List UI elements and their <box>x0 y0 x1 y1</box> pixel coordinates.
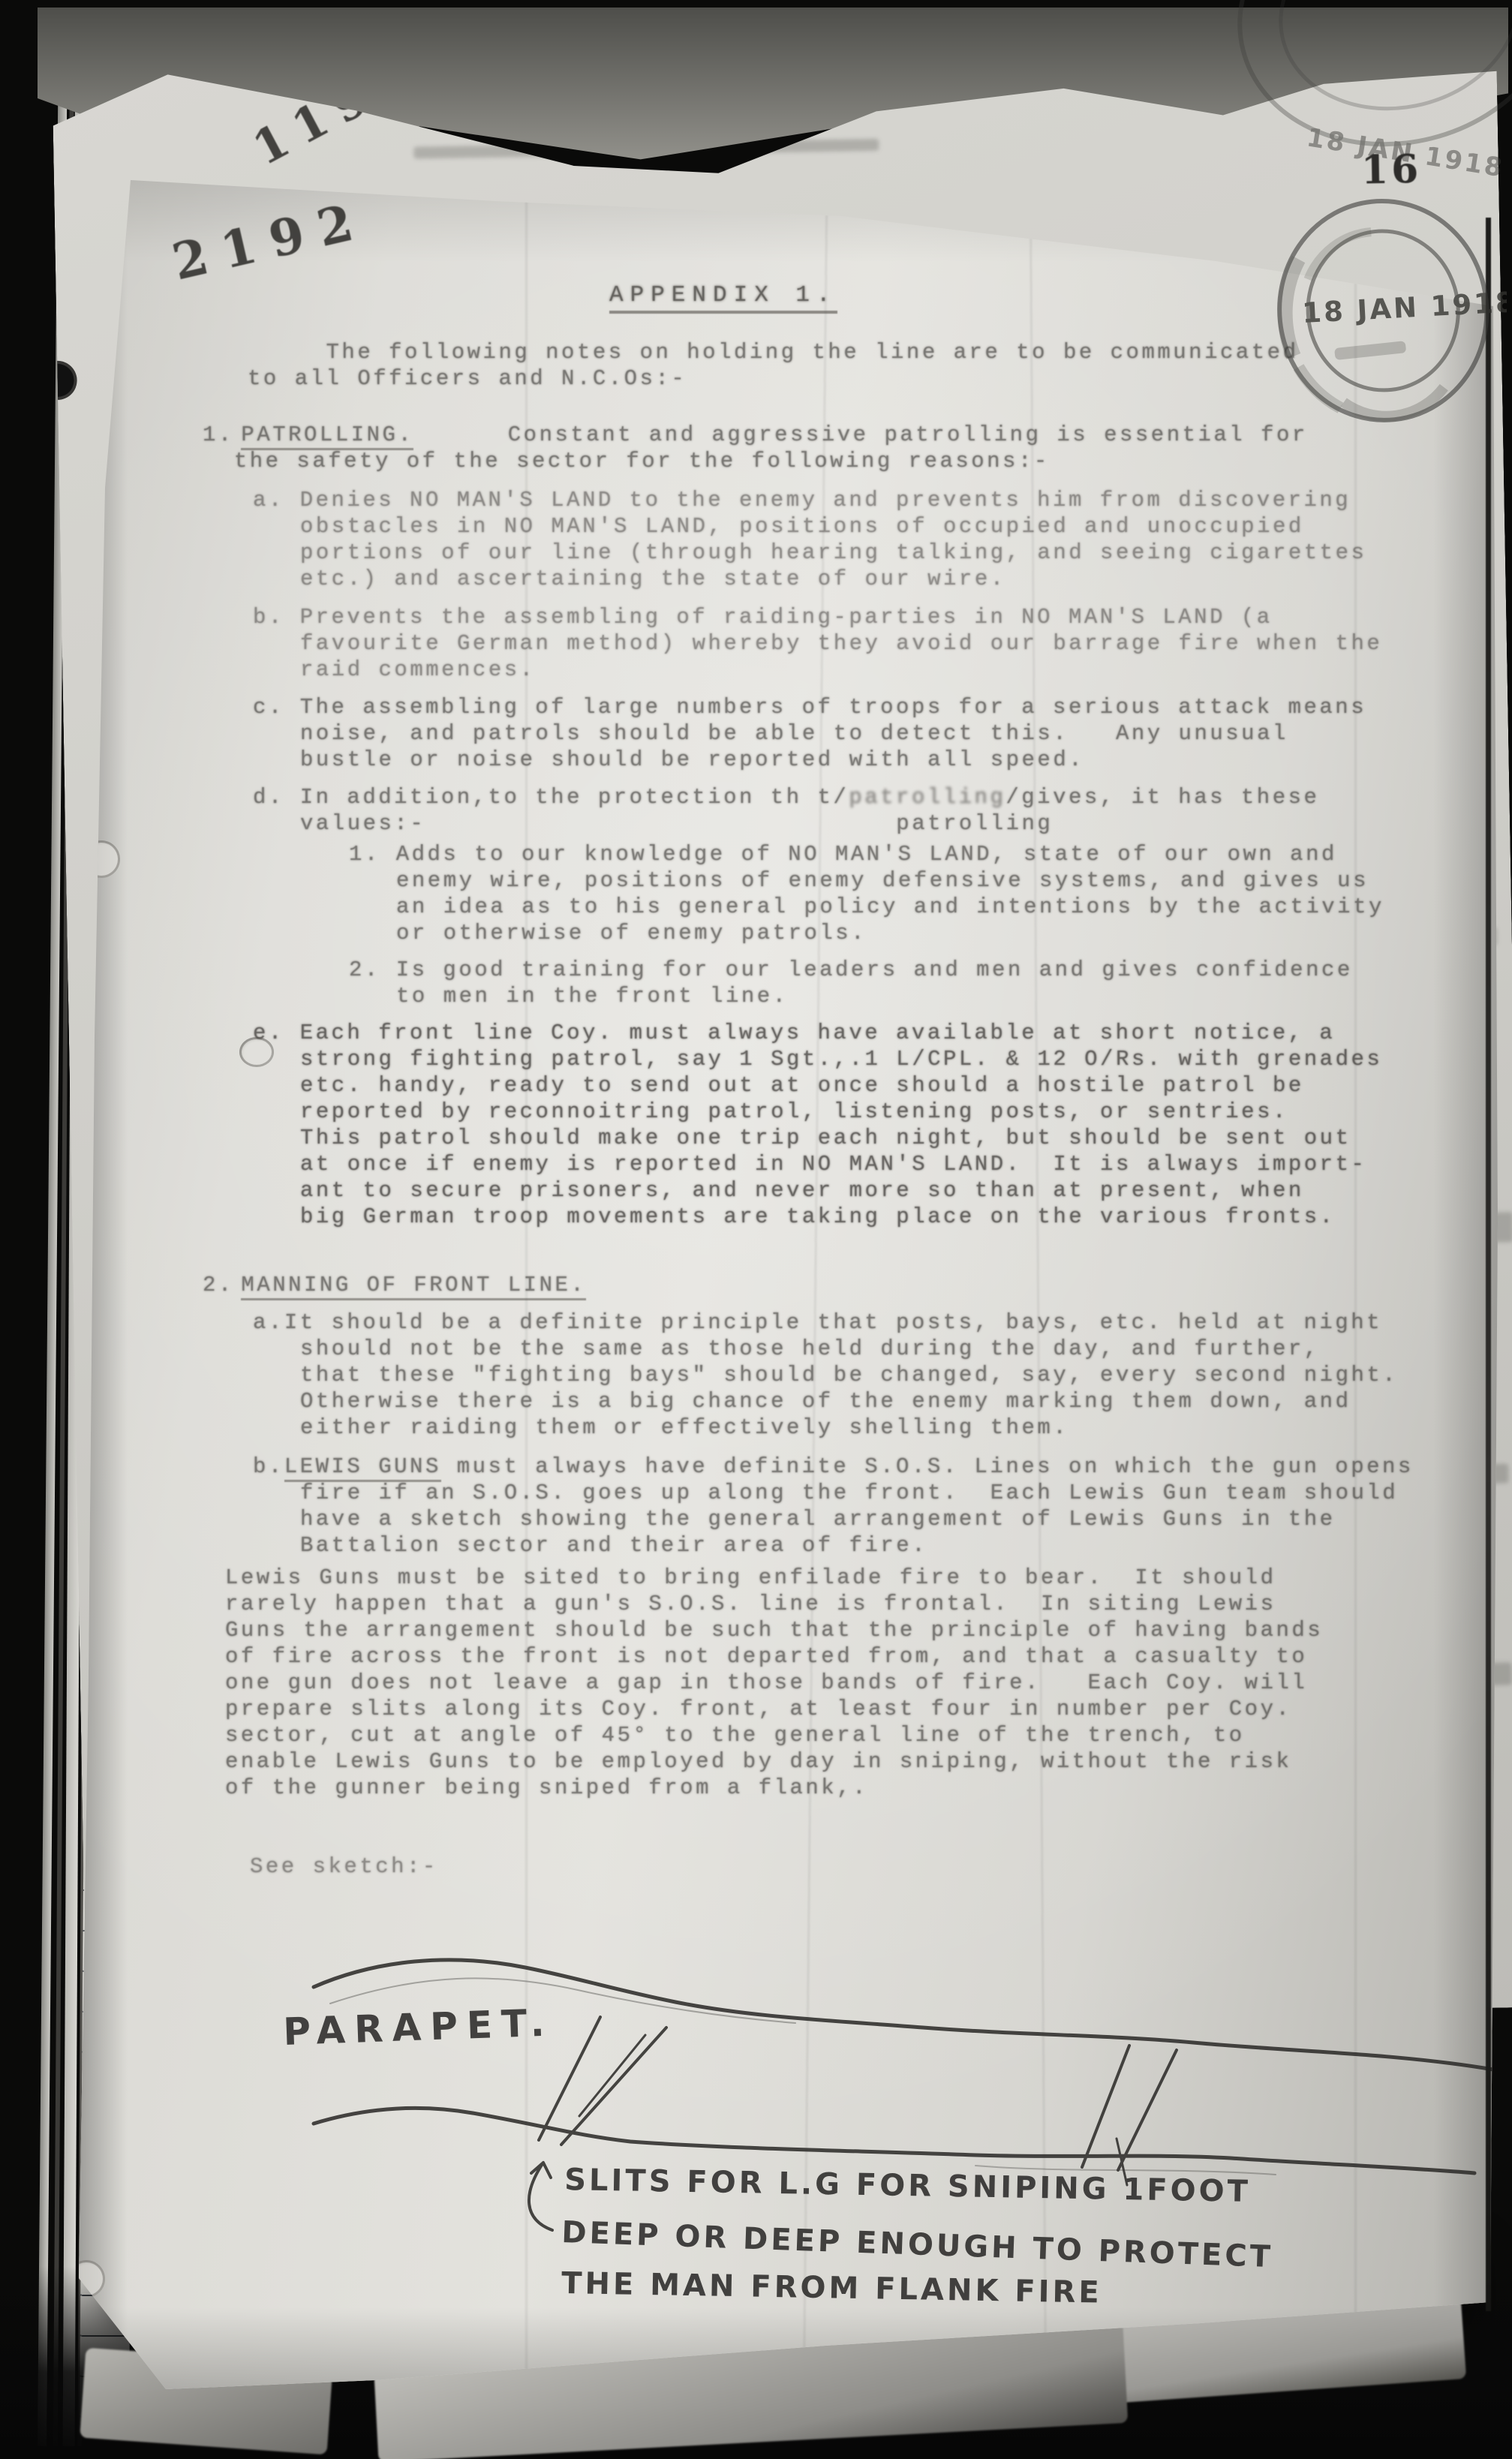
date-stamp-partial: 18 JAN 1918 <box>1216 0 1512 198</box>
document-page: 2192 APPENDIX 1. The following notes on … <box>75 173 1501 2420</box>
page-edge-line <box>1486 218 1491 2311</box>
item-label: a. <box>253 488 284 513</box>
pointer-arrow <box>529 2163 552 2230</box>
section-heading: MANNING OF FRONT LINE. <box>241 1273 586 1300</box>
slit-line <box>1082 2046 1129 2167</box>
sketch-caption-line: DEEP OR DEEP ENOUGH TO PROTECT <box>561 2215 1274 2274</box>
list-item: a.It should be a definite principle that… <box>253 1309 1463 1441</box>
list-item: e. Each front line Coy. must always have… <box>253 1020 1463 1230</box>
overtyped-word: patrolling <box>849 785 1005 810</box>
item-text: In addition,to the protection th t/ <box>300 785 849 810</box>
item-text: It should be a definite principle that p… <box>284 1310 1398 1440</box>
section-number: 1. <box>203 422 234 447</box>
item-text: The assembling of large numbers of troop… <box>300 695 1366 772</box>
stamp-date-text: 18 JAN 1918 <box>1301 286 1507 329</box>
section-heading: PATROLLING. <box>241 422 413 450</box>
item-label: b. <box>253 605 284 630</box>
section-2: 2. MANNING OF FRONT LINE. <box>203 1272 1463 1298</box>
scanned-document-photo: 1192 16 2192 APPENDIX 1. The following n… <box>0 0 1512 2459</box>
item-text: Is good training for our leaders and men… <box>396 957 1353 1009</box>
item-text: must always have definite S.O.S. Lines o… <box>300 1454 1414 1558</box>
typed-body: The following notes on holding the line … <box>203 339 1463 1880</box>
item-label: a. <box>253 1310 284 1335</box>
list-item: b. Prevents the assembling of raiding-pa… <box>253 604 1463 683</box>
item-text: Adds to our knowledge of NO MAN'S LAND, … <box>396 842 1384 945</box>
sub-list-item: 2. Is good training for our leaders and … <box>349 957 1463 1009</box>
sketch-caption-line: SLITS FOR L.G FOR SNIPING 1FOOT <box>564 2163 1251 2209</box>
list-item: a. Denies NO MAN'S LAND to the enemy and… <box>253 487 1463 592</box>
item-label: e. <box>253 1021 284 1045</box>
item-label: 1. <box>349 842 380 867</box>
item-text: Prevents the assembling of raiding-parti… <box>300 605 1383 682</box>
item-label: 2. <box>349 957 380 982</box>
item-label: b. <box>253 1454 284 1479</box>
slit-line <box>1118 2050 1177 2170</box>
item-label: d. <box>253 785 284 810</box>
parapet-label: PARAPET. <box>282 2001 554 2054</box>
section-number: 2. <box>203 1273 234 1297</box>
document-title: APPENDIX 1. <box>609 282 837 314</box>
item-text: Each front line Coy. must always have av… <box>300 1021 1383 1229</box>
sub-list-item: 1. Adds to our knowledge of NO MAN'S LAN… <box>349 841 1463 946</box>
list-item: c. The assembling of large numbers of tr… <box>253 694 1463 773</box>
see-sketch-note: See sketch:- <box>250 1853 1463 1880</box>
date-stamp: 18 JAN 1918 <box>1259 182 1507 444</box>
list-item: b.LEWIS GUNS must always have definite S… <box>253 1453 1463 1559</box>
reference-number-stamp: 2192 <box>167 190 373 291</box>
stamp-date-text: 18 JAN 1918 <box>1305 122 1507 183</box>
sketch-caption-line: THE MAN FROM FLANK FIRE <box>561 2266 1102 2310</box>
item-label: c. <box>253 695 284 720</box>
list-item: d. In addition,to the protection th t/pa… <box>253 784 1463 837</box>
parapet-bottom-line <box>314 2108 1474 2173</box>
item-heading: LEWIS GUNS <box>284 1454 441 1482</box>
slit-line <box>561 2028 666 2145</box>
paragraph: Lewis Guns must be sited to bring enfila… <box>225 1565 1463 1801</box>
item-text: Denies NO MAN'S LAND to the enemy and pr… <box>300 488 1367 591</box>
slit-line <box>579 2035 645 2116</box>
